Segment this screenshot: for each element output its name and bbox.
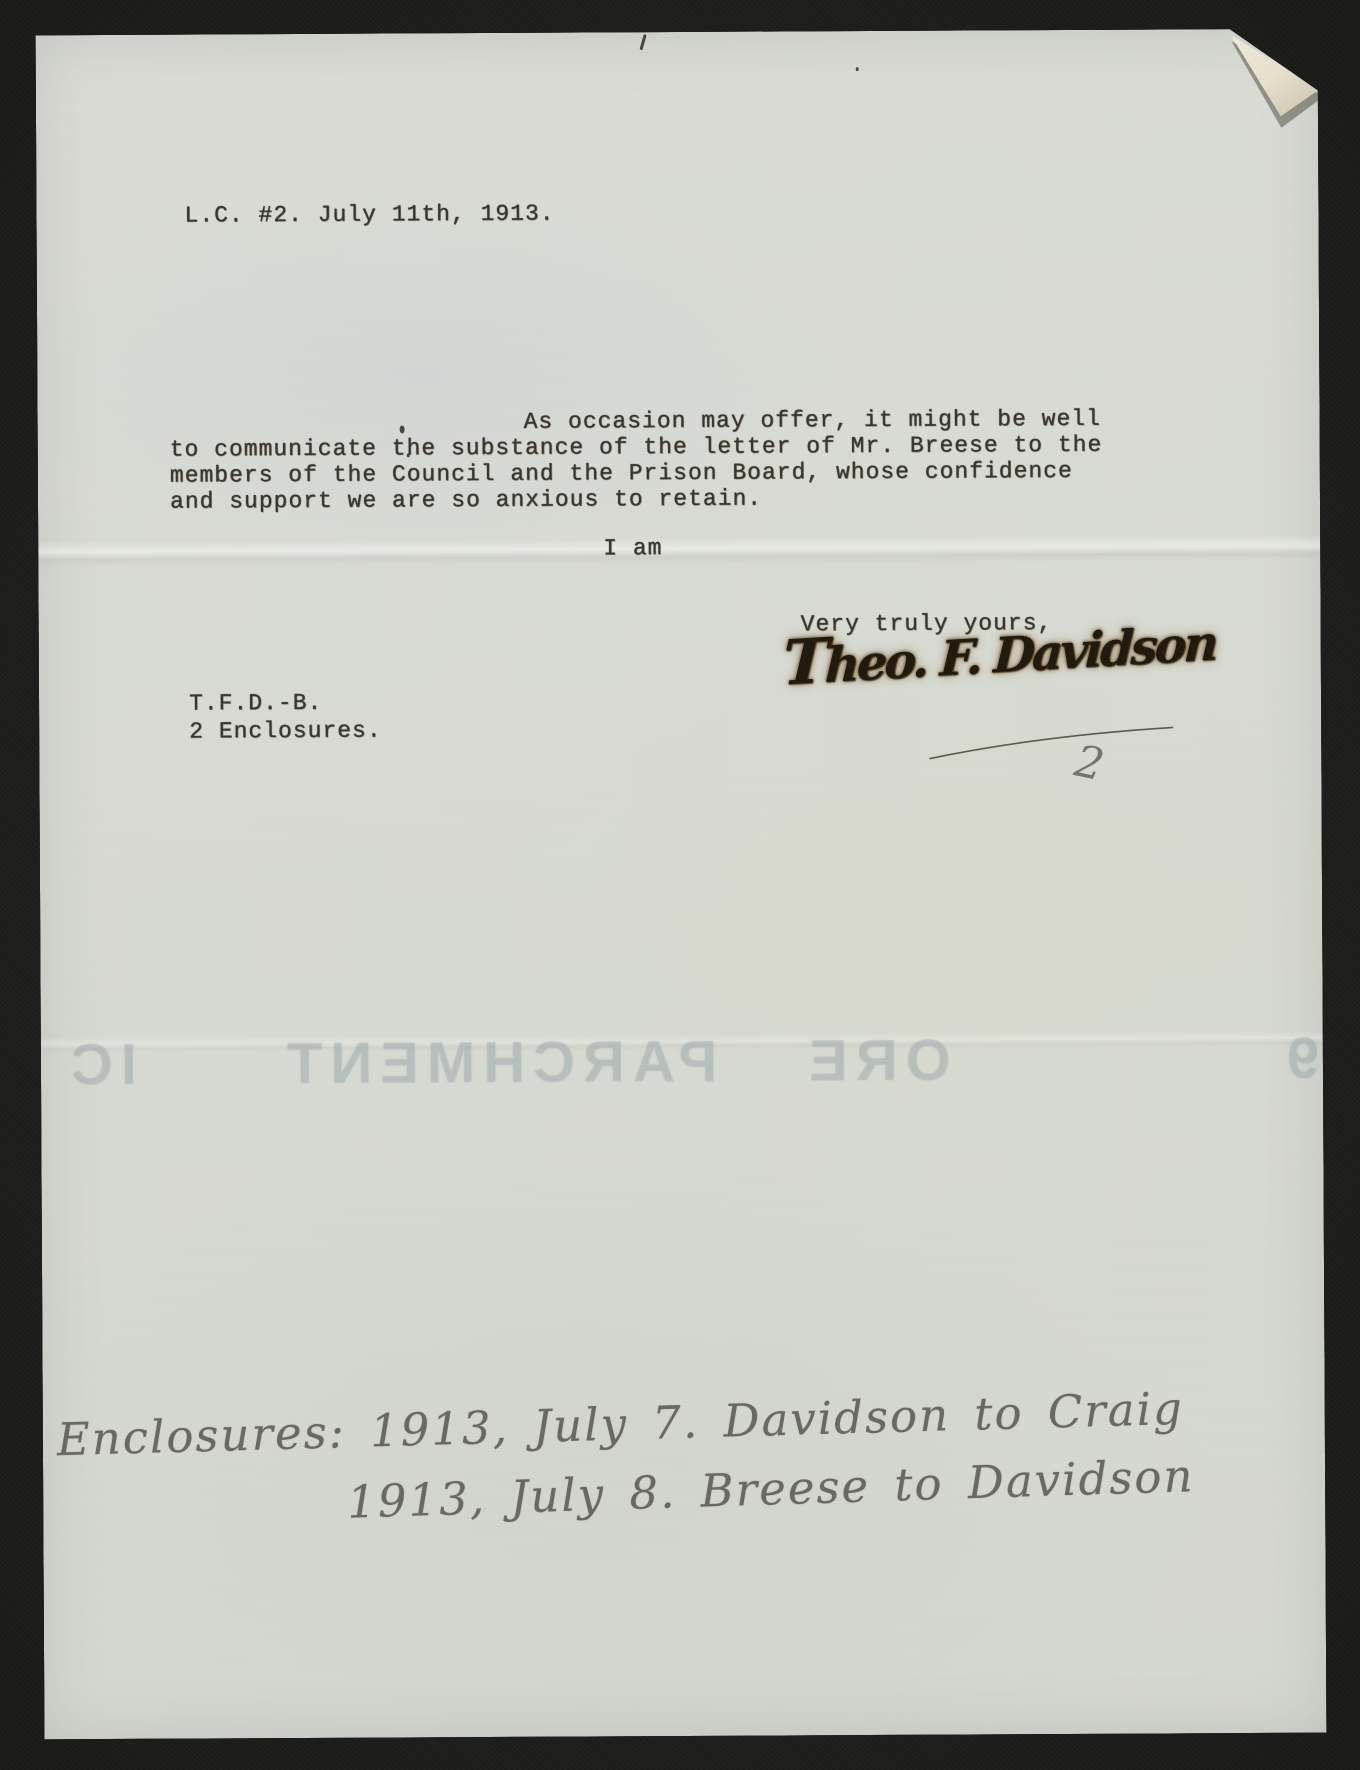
reference-line: L.C. #2. July 11th, 1913. [184, 201, 554, 229]
ink-speck [407, 453, 410, 457]
letter-paper: IC PARCHMENT ORE 19 L.C. #2. July 11th, … [36, 29, 1327, 1740]
body-line: As occasion may offer, it might be well [524, 406, 1101, 435]
ink-speck [856, 67, 859, 71]
signature-flourish-stroke [927, 723, 1177, 764]
ink-mark [639, 34, 646, 50]
watermark-word-parchment: PARCHMENT [279, 1028, 718, 1097]
continuation-line: I am [603, 535, 662, 561]
annotation-line-2: 1913, July 8. Breese to Davidson [346, 1449, 1195, 1529]
typist-initials: T.F.D.-B. [189, 690, 322, 717]
ink-speck [400, 425, 405, 433]
annotation-line-1: Enclosures: 1913, July 7. Davidson to Cr… [56, 1382, 1184, 1466]
watermark-fragment-left: IC [63, 1031, 137, 1098]
watermark-word-ore: ORE [801, 1027, 951, 1095]
horizontal-fold-crease [38, 535, 1320, 568]
body-line: members of the Council and the Prison Bo… [170, 458, 1073, 489]
scanned-letter-background: IC PARCHMENT ORE 19 L.C. #2. July 11th, … [0, 0, 1360, 1770]
body-line: and support we are so anxious to retain. [170, 486, 762, 515]
watermark-fragment-right: 19 [1279, 1024, 1360, 1091]
enclosure-note: 2 Enclosures. [189, 718, 382, 745]
